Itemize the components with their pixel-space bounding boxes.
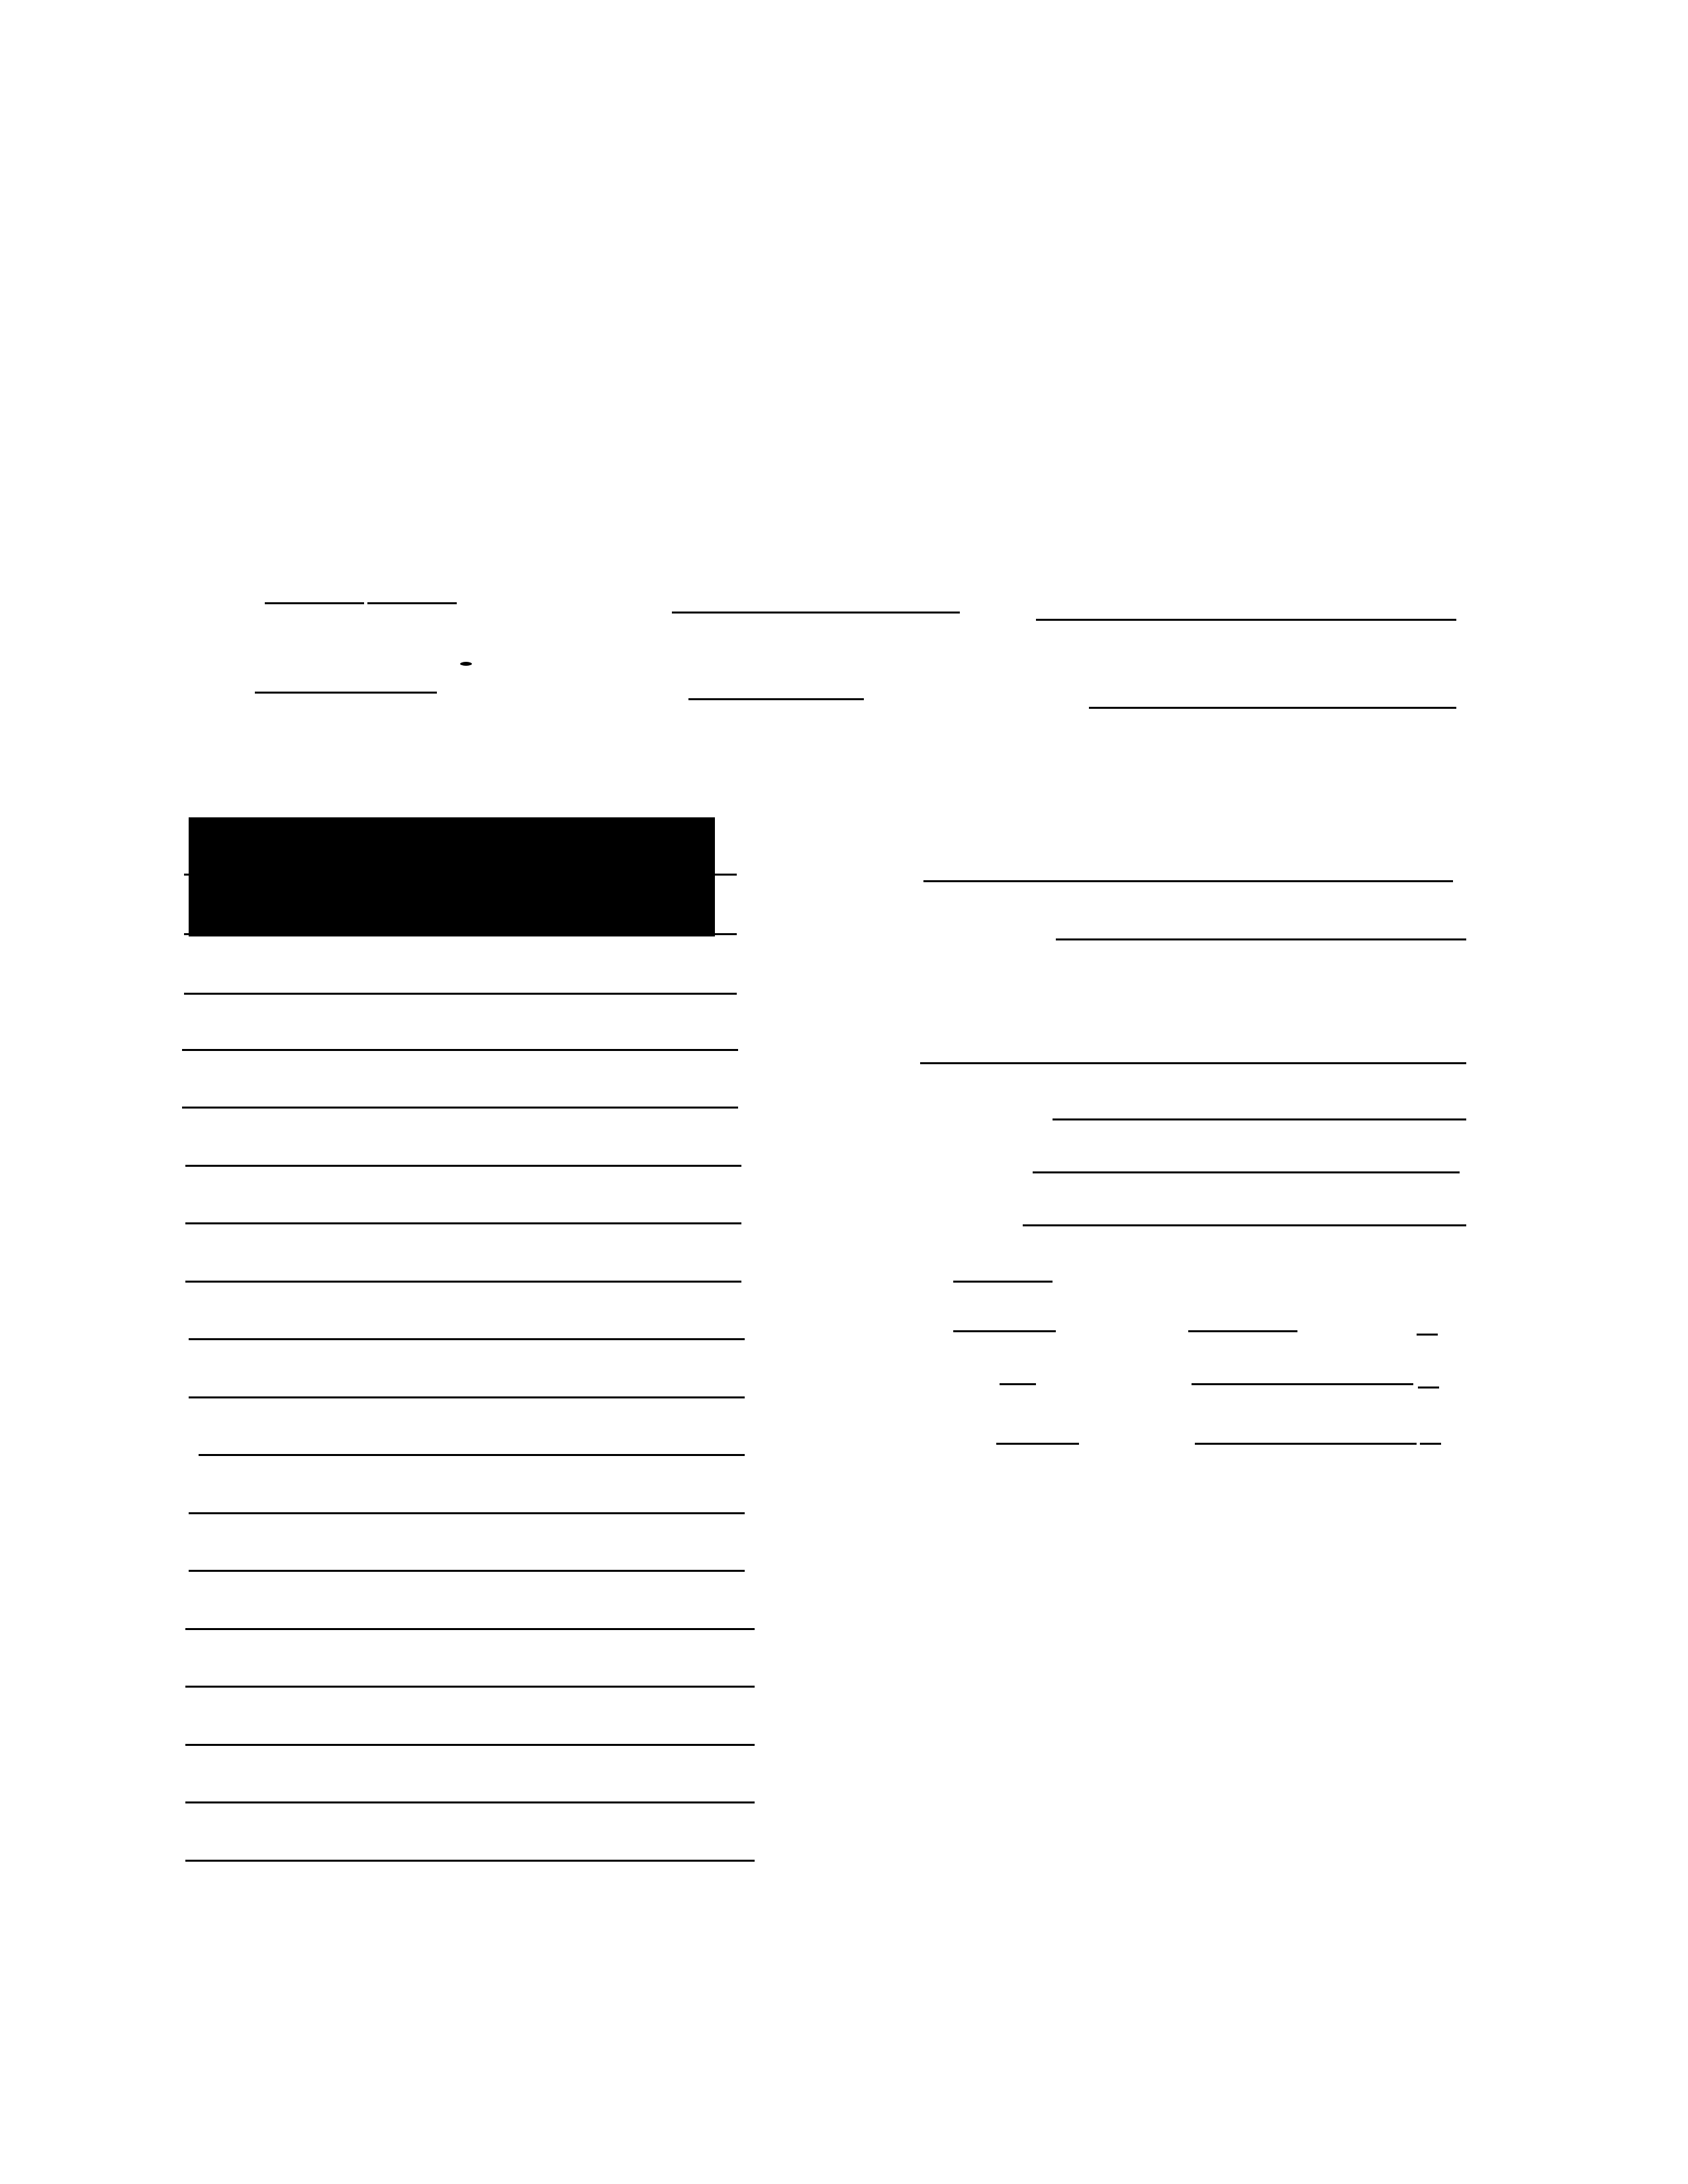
departure-pm-selected[interactable] [460,662,472,666]
redaction-box [189,817,715,936]
